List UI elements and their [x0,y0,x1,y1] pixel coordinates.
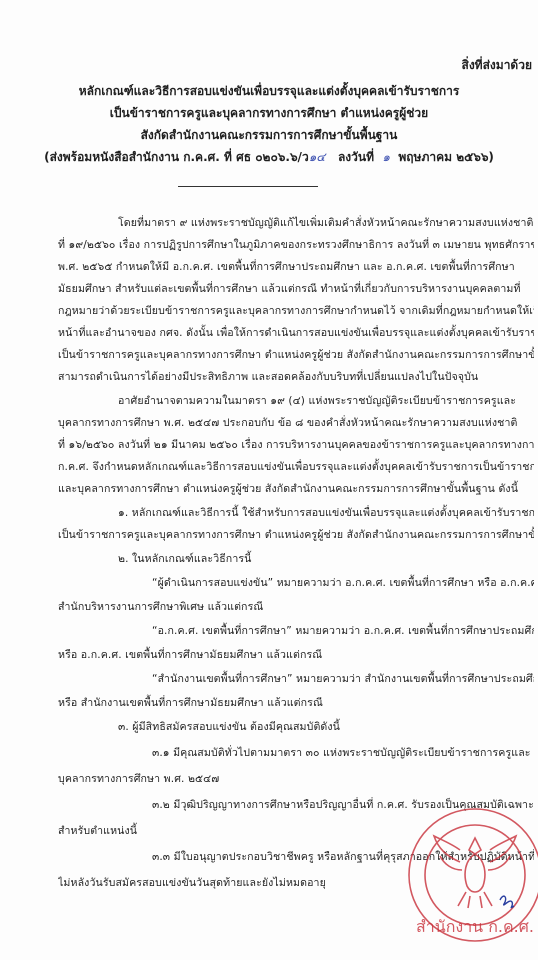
body-line: ที่ ๑๙/๒๕๖๐ เรื่อง การปฏิรูปการศึกษาในภู… [58,236,534,253]
body-line: บุคลากรทางการศึกษา พ.ศ. ๒๕๔๗ ประกอบกับ ข… [58,414,534,431]
body-line: โดยที่มาตรา ๙ แห่งพระราชบัญญัติแก้ไขเพิ่… [118,214,534,231]
body-line: “ผู้ดำเนินการสอบแข่งขัน” หมายความว่า อ.ก… [152,574,534,591]
body-line: ๓.๓ มีใบอนุญาตประกอบวิชาชีพครู หรือหลักฐ… [152,848,534,865]
reference-date-label: ลงวันที่ [338,150,374,164]
document-title-line-3: สังกัดสำนักงานคณะกรรมการการศึกษาขั้นพื้น… [0,126,538,145]
svg-text:สำนักงาน ก.ค.ศ.: สำนักงาน ก.ค.ศ. [416,917,534,936]
body-line: มัธยมศึกษา สำหรับแต่ละเขตพื้นที่การศึกษา… [58,280,534,297]
body-line: เป็นข้าราชการครูและบุคลากรทางการศึกษา ตำ… [58,526,534,543]
body-line: ๓.๑ มีคุณสมบัติทั่วไปตามมาตรา ๓๐ แห่งพระ… [152,744,534,761]
reference-line: (ส่งพร้อมหนังสือสำนักงาน ก.ค.ศ. ที่ ศธ ๐… [0,148,538,167]
body-line: พ.ศ. ๒๕๖๕ กำหนดให้มี อ.ก.ค.ศ. เขตพื้นที่… [58,258,534,275]
body-line: ที่ ๑๖/๒๕๖๐ ลงวันที่ ๒๑ มีนาคม ๒๕๖๐ เรื่… [58,436,534,453]
body-line: กฎหมายว่าด้วยระเบียบข้าราชการครูและบุคลา… [58,302,534,319]
document-title-line-1: หลักเกณฑ์และวิธีการสอบแข่งขันเพื่อบรรจุแ… [0,82,538,101]
reference-day: ๑ [382,150,390,164]
body-line: ๓. ผู้มีสิทธิสมัครสอบแข่งขัน ต้องมีคุณสม… [118,718,534,735]
body-line: ๑. หลักเกณฑ์และวิธีการนี้ ใช้สำหรับการสอ… [118,504,534,521]
document-page: สิ่งที่ส่งมาด้วย หลักเกณฑ์และวิธีการสอบแ… [0,0,538,960]
body-line: หรือ อ.ก.ค.ศ. เขตพื้นที่การศึกษามัธยมศึก… [58,646,534,663]
body-line: สำนักบริหารงานการศึกษาพิเศษ แล้วแต่กรณี [58,598,534,615]
body-line: หน้าที่และอำนาจของ กศจ. ดังนั้น เพื่อให้… [58,324,534,341]
body-line: อาศัยอำนาจตามความในมาตรา ๑๙ (๔) แห่งพระร… [118,392,534,409]
body-line: ก.ค.ศ. จึงกำหนดหลักเกณฑ์และวิธีการสอบแข่… [58,458,534,475]
body-line: สำหรับตำแหน่งนี้ [58,822,534,839]
body-line: และบุคลากรทางการศึกษา ตำแหน่งครูผู้ช่วย … [58,480,534,497]
body-line: หรือ สำนักงานเขตพื้นที่การศึกษามัธยมศึกษ… [58,694,534,711]
body-line: บุคลากรทางการศึกษา พ.ศ. ๒๕๔๗ [58,770,534,787]
reference-number: ๑๔ [309,150,326,164]
reference-month-year: พฤษภาคม ๒๕๖๖) [398,150,494,164]
body-line: “สำนักงานเขตพื้นที่การศึกษา” หมายความว่า… [152,670,534,687]
body-line: “อ.ก.ค.ศ. เขตพื้นที่การศึกษา” หมายความว่… [152,622,534,639]
body-line: สามารถดำเนินการได้อย่างมีประสิทธิภาพ และ… [58,368,534,385]
body-line: ไม่หลังวันรับสมัครสอบแข่งขันวันสุดท้ายแล… [58,874,534,891]
body-line: เป็นข้าราชการครูและบุคลากรทางการศึกษา ตำ… [58,346,534,363]
body-line: ๓.๒ มีวุฒิปริญญาทางการศึกษาหรือปริญญาอื่… [152,796,534,813]
reference-prefix: (ส่งพร้อมหนังสือสำนักงาน ก.ค.ศ. ที่ ศธ ๐… [44,150,309,164]
document-title-line-2: เป็นข้าราชการครูและบุคลากรทางการศึกษา ตำ… [0,104,538,123]
attachment-label: สิ่งที่ส่งมาด้วย [462,56,533,75]
title-divider [178,186,318,187]
body-line: ๒. ในหลักเกณฑ์และวิธีการนี้ [118,550,534,567]
